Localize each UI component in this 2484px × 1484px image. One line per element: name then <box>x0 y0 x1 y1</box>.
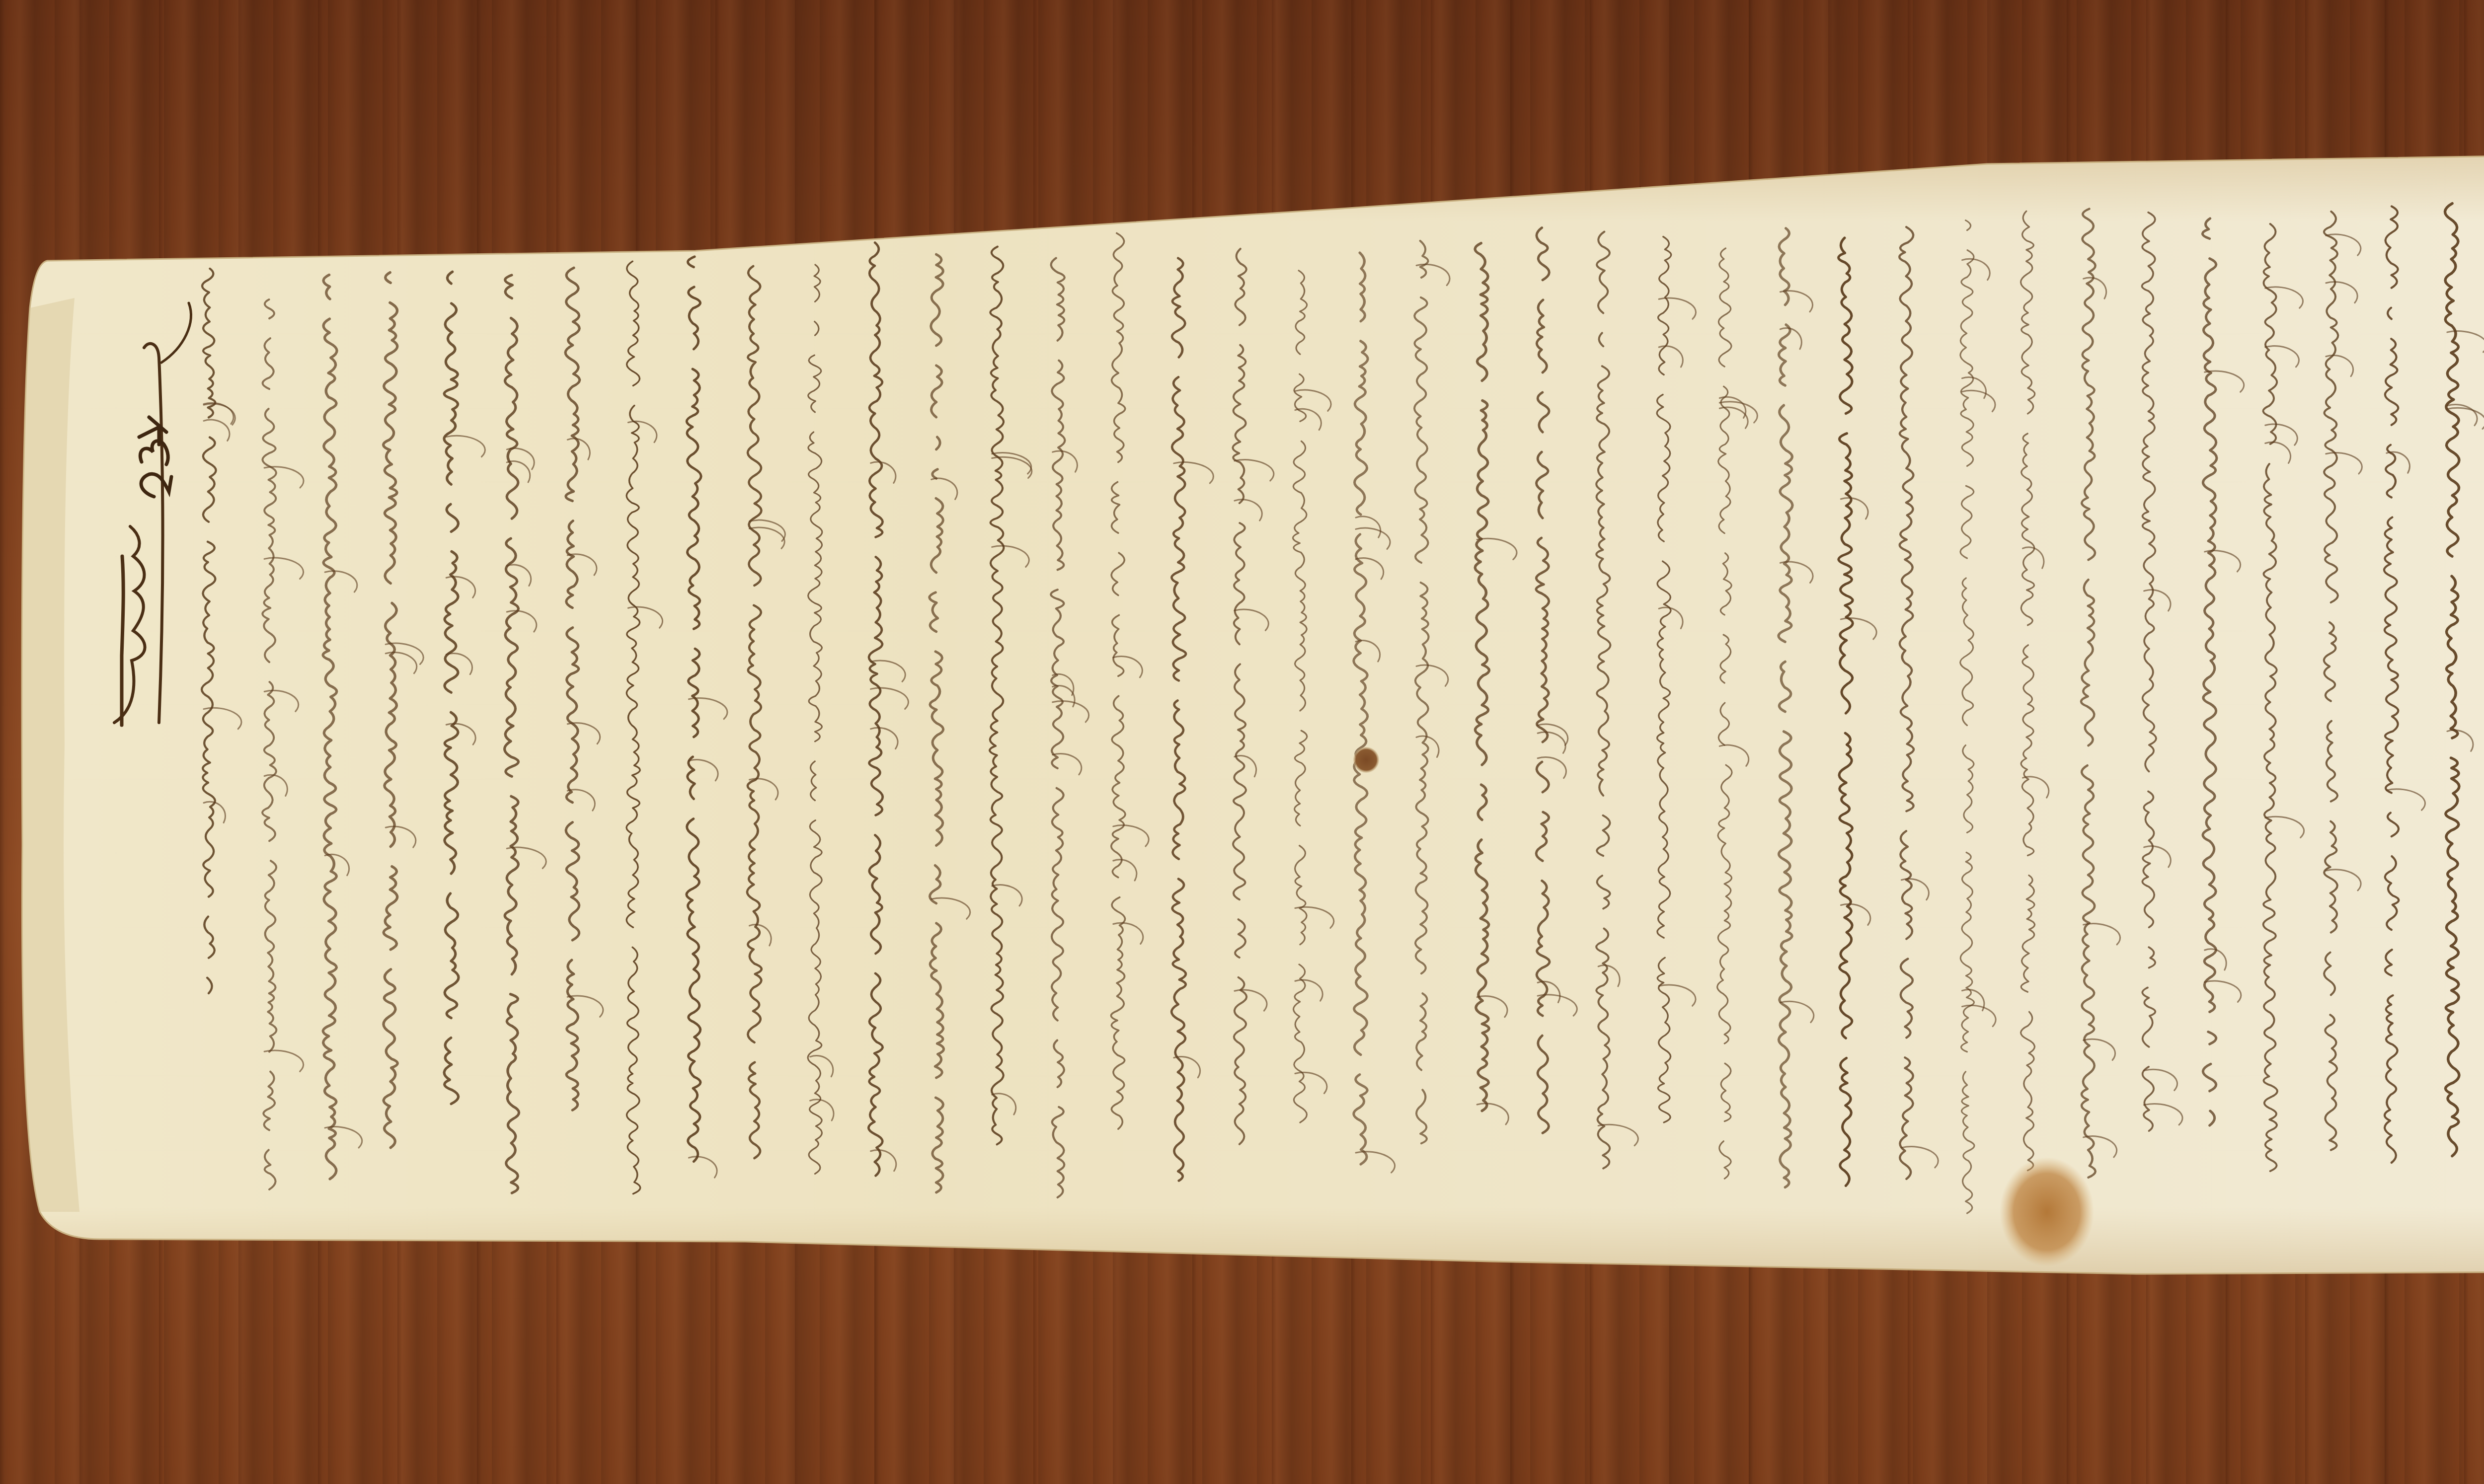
manuscript-photo <box>0 0 2484 1484</box>
parchment-hole <box>1353 747 1379 773</box>
water-stain <box>2000 1157 2094 1266</box>
